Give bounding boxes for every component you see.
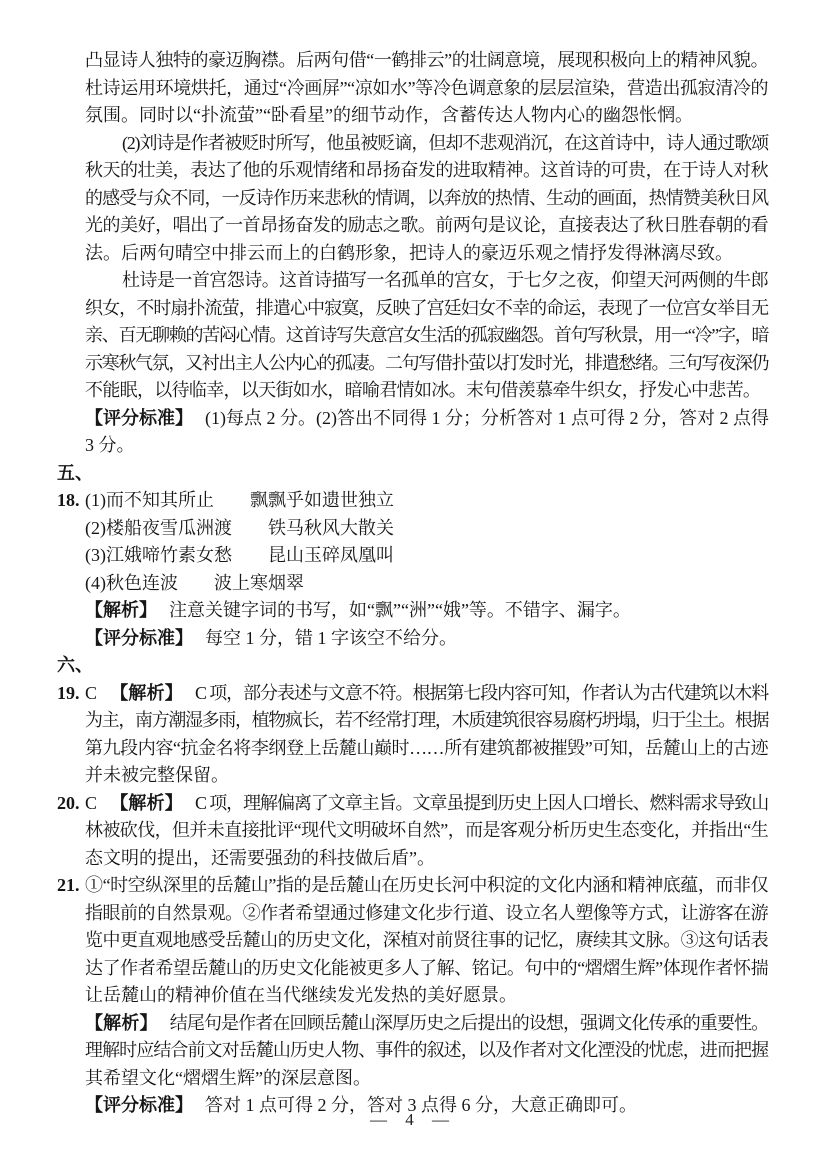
question-number: 19. [57, 680, 80, 708]
answer-line: 达了作者希望岳麓山的历史文化能被更多人了解、铭记。句中的“熠熠生辉”体现作者怀揣 [85, 955, 768, 983]
bracket-label: 【解析】 [110, 683, 183, 703]
bracket-label: 【评分标准】 [85, 628, 193, 648]
analysis-line: 【解析】结尾句是作者在回顾岳麓山深厚历史之后提出的设想，强调文化传承的重要性。 [85, 1010, 768, 1038]
analysis-line: 【解析】注意关键字词的书写，如“飘”“洲”“娥”等。不错字、漏字。 [85, 597, 768, 625]
section-heading: 五、 [57, 460, 768, 488]
scoring-standard-line: 【评分标准】(1)每点 2 分。(2)答出不同得 1 分；分析答对 1 点可得 … [85, 405, 768, 433]
answer-line: 亲、百无聊赖的苦闷心情。这首诗写失意宫女生活的孤寂幽怨。首句写秋景，用一“冷”字… [85, 322, 768, 350]
bracket-label: 【解析】 [85, 600, 157, 620]
section-heading: 六、 [57, 652, 768, 680]
answer-line: 法。后两句晴空中排云而上的白鹤形象，把诗人的豪迈乐观之情抒发得淋漓尽致。 [85, 240, 768, 268]
bracket-label: 【解析】 [110, 793, 183, 813]
answer-line: 杜诗运用环境烘托，通过“冷画屏”“凉如水”等冷色调意象的层层渲染，营造出孤寂清冷… [85, 75, 768, 103]
bracket-label: 【解析】 [85, 1013, 158, 1033]
answer-line: 理解时应结合前文对岳麓山历史人物、事件的叙述，以及作者对文化湮没的忧虑，进而把握 [85, 1037, 768, 1065]
answer-line: 并未被完整保留。 [85, 762, 768, 790]
answer-line: 为主，南方潮湿多雨，植物疯长，若不经常打理，木质建筑很容易腐朽坍塌，归于尘土。根… [85, 707, 768, 735]
question-number: 21. [57, 872, 80, 900]
answer-line: (2)刘诗是作者被贬时所写，他虽被贬谪，但却不悲观消沉，在这首诗中，诗人通过歌颂 [85, 130, 768, 158]
question-number: 20. [57, 790, 80, 818]
answer-line: 指眼前的自然景观。②作者希望通过修建文化步行道、设立名人塑像等方式，让游客在游 [85, 900, 768, 928]
answer-line: 光的美好，唱出了一首昂扬奋发的励志之歌。前两句是议论，直接表达了秋日胜春朝的看 [85, 212, 768, 240]
answer-line: 18.(1)而不知其所止 飘飘乎如遗世独立 [85, 487, 768, 515]
answer-line: 林被砍伐，但并未直接批评“现代文明破坏自然”，而是客观分析历史生态变化，并指出“… [85, 817, 768, 845]
answer-line: 让岳麓山的精神价值在当代继续发光发热的美好愿景。 [85, 982, 768, 1010]
answer-line: (3)江娥啼竹素女愁 昆山玉碎凤凰叫 [85, 542, 768, 570]
answer-line: 其希望文化“熠熠生辉”的深层意图。 [85, 1065, 768, 1093]
answer-line: 织女，不时扇扑流萤，排遣心中寂寞，反映了宫廷妇女不幸的命运，表现了一位宫女举目无 [85, 295, 768, 323]
question-number: 18. [57, 487, 80, 515]
answer-text-block: 凸显诗人独特的豪迈胸襟。后两句借“一鹤排云”的壮阔意境，展现积极向上的精神风貌。… [85, 47, 768, 1120]
answer-line: 态文明的提出，还需要强劲的科技做后盾”。 [85, 845, 768, 873]
answer-line: 第九段内容“抗金名将李纲登上岳麓山巅时……所有建筑都被摧毁”可知，岳麓山上的古迹 [85, 735, 768, 763]
page-number: — 4 — [0, 1110, 820, 1130]
answer-line: 21.①“时空纵深里的岳麓山”指的是岳麓山在历史长河中积淀的文化内涵和精神底蕴，… [85, 872, 768, 900]
answer-line: 杜诗是一首宫怨诗。这首诗描写一名孤单的宫女，于七夕之夜，仰望天河两侧的牛郎 [85, 267, 768, 295]
answer-line: 不能眠，以待临幸，以天街如水，暗喻君情如冰。末句借羡慕牵牛织女，抒发心中悲苦。 [85, 377, 768, 405]
bracket-label: 【评分标准】 [85, 408, 193, 428]
answer-line: 秋天的壮美，表达了他的乐观情绪和昂扬奋发的进取精神。这首诗的可贵，在于诗人对秋 [85, 157, 768, 185]
answer-line: 19.C【解析】C 项，部分表述与文意不符。根据第七段内容可知，作者认为古代建筑… [85, 680, 768, 708]
scoring-standard-line: 【评分标准】每空 1 分，错 1 字该空不给分。 [85, 625, 768, 653]
answer-line: 览中更直观地感受岳麓山的历史文化，深植对前贤往事的记忆，赓续其文脉。③这句话表 [85, 927, 768, 955]
answer-line: 凸显诗人独特的豪迈胸襟。后两句借“一鹤排云”的壮阔意境，展现积极向上的精神风貌。 [85, 47, 768, 75]
answer-line: (2)楼船夜雪瓜洲渡 铁马秋风大散关 [85, 515, 768, 543]
answer-letter: C [85, 683, 97, 703]
answer-letter: C [85, 793, 97, 813]
answer-line: 示寒秋气氛，又衬出主人公内心的孤凄。二句写借扑萤以打发时光，排遣愁绪。三句写夜深… [85, 350, 768, 378]
answer-line: 20.C【解析】C 项，理解偏离了文章主旨。文章虽提到历史上因人口增长、燃料需求… [85, 790, 768, 818]
answer-line: 氛围。同时以“扑流萤”“卧看星”的细节动作，含蓄传达人物内心的幽怨怅惘。 [85, 102, 768, 130]
answer-line: 3 分。 [85, 432, 768, 460]
answer-line: (4)秋色连波 波上寒烟翠 [85, 570, 768, 598]
answer-key-page: 凸显诗人独特的豪迈胸襟。后两句借“一鹤排云”的壮阔意境，展现积极向上的精神风貌。… [0, 0, 820, 1160]
answer-line: 的感受与众不同，一反诗作历来悲秋的情调，以奔放的热情、生动的画面，热情赞美秋日风 [85, 185, 768, 213]
